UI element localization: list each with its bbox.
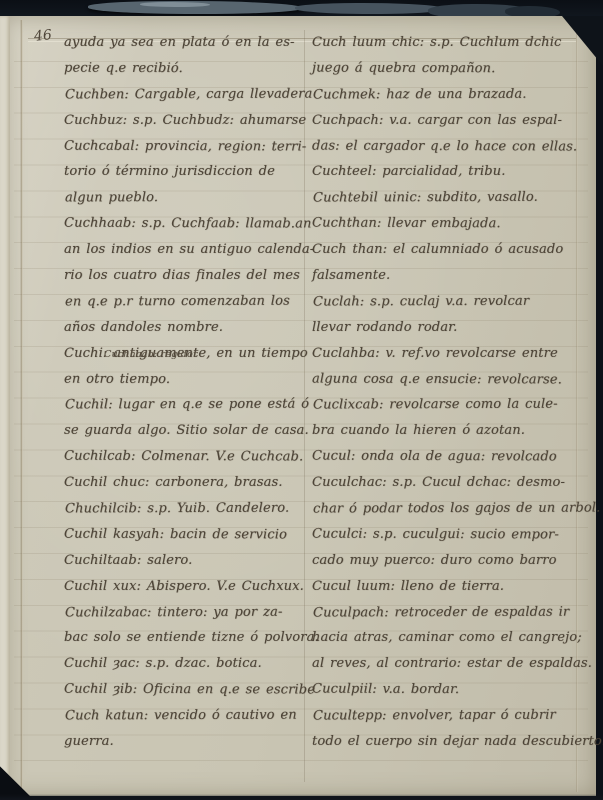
manuscript-line: Cucul: onda ola de agua: revolcado	[312, 444, 596, 471]
manuscript-line: bra cuando la hieren ó azotan.	[312, 418, 596, 444]
manuscript-line: Cuchtebil uinic: subdito, vasallo.	[313, 185, 597, 212]
manuscript-line: rio los cuatro dias finales del mes	[64, 263, 306, 289]
manuscript-line: falsamente.	[312, 263, 596, 289]
manuscript-line: Cuchteel: parcialidad, tribu.	[312, 159, 596, 185]
manuscript-line: hacia atras, caminar como el cangrejo;	[312, 625, 596, 651]
manuscript-line: al reves, al contrario: estar de espalda…	[312, 651, 596, 677]
manuscript-line: llevar rodando rodar.	[312, 315, 596, 341]
manuscript-line: Cuchcabal: provincia, region: terri-	[64, 133, 306, 160]
manuscript-line: Cuchil kasyah: bacin de servicio	[64, 521, 306, 548]
manuscript-line: Cuch luum chic: s.p. Cuchlum dchic	[312, 30, 596, 56]
manuscript-line: guerra.	[64, 729, 306, 755]
manuscript-line: juego á quebra compañon.	[312, 55, 596, 82]
left-crease	[20, 20, 23, 794]
left-column: ayuda ya sea en plata ó en la es- pecie …	[64, 30, 306, 755]
manuscript-line: Cuclixcab: revolcarse como la cule-	[313, 392, 597, 419]
manuscript-line: Cuchpach: v.a. cargar con las espal-	[312, 108, 596, 134]
manuscript-line: ayuda ya sea en plata ó en la es-	[64, 30, 306, 56]
manuscript-line: Cuchil ȝac: s.p. dzac. botica.	[64, 651, 306, 677]
manuscript-line: Cuchil chuc: carbonera, brasas.	[64, 470, 306, 496]
manuscript-line: Cuchmek: haz de una brazada.	[313, 81, 597, 108]
manuscript-line: Cuch katun: vencido ó cautivo en	[65, 703, 307, 730]
manuscript-line: Cuchilcab: Colmenar. V.e Cuchcab.	[64, 444, 306, 471]
manuscript-line: Cuculchac: s.p. Cucul dchac: desmo-	[312, 470, 596, 496]
scan-artifact	[140, 2, 210, 7]
manuscript-line: an los indios en su antiguo calenda-	[64, 237, 306, 263]
manuscript-line: algun pueblo.	[65, 185, 307, 212]
manuscript-line: Cucultepp: envolver, tapar ó cubrir	[313, 703, 597, 730]
manuscript-line: Cuchil: lugar en q.e se pone está ó	[65, 392, 307, 419]
manuscript-line: años dandoles nombre.	[64, 315, 306, 341]
manuscript-line: Cuchbuz: s.p. Cuchbudz: ahumarse	[64, 108, 306, 134]
interlinear-note: Cuchhaab: regidor	[104, 349, 198, 360]
manuscript-line: das: el cargador q.e lo hace con ellas.	[312, 133, 596, 160]
manuscript-line: Cucul luum: lleno de tierra.	[312, 574, 596, 600]
manuscript-line: en q.e p.r turno comenzaban los	[65, 288, 307, 315]
manuscript-line: Cuchthan: llevar embajada.	[312, 211, 596, 238]
manuscript-line: Cuchben: Cargable, carga llevadera	[65, 81, 307, 108]
manuscript-line: char ó podar todos los gajos de un arbol…	[313, 496, 597, 523]
manuscript-line: pecie q.e recibió.	[64, 55, 306, 82]
manuscript-line: Cuchhaab: s.p. Cuchfaab: llamab.an	[64, 211, 306, 238]
manuscript-line: todo el cuerpo sin dejar nada descubiert…	[312, 729, 596, 755]
manuscript-line: en otro tiempo.	[64, 366, 306, 393]
manuscript-line: Cuchiltaab: salero.	[64, 548, 306, 574]
manuscript-line: torio ó término jurisdiccion de	[64, 159, 306, 185]
manuscript-line: Cuclahba: v. ref.vo revolcarse entre	[312, 341, 596, 367]
manuscript-line: Chuchilcib: s.p. Yuib. Candelero.	[65, 496, 307, 523]
manuscript-line: Cuculci: s.p. cuculgui: sucio empor-	[312, 521, 596, 548]
manuscript-line: Cuculpach: retroceder de espaldas ir	[313, 599, 597, 626]
right-column: Cuch luum chic: s.p. Cuchlum dchic juego…	[312, 30, 596, 755]
scan-bottom-edge	[0, 794, 603, 800]
manuscript-line: alguna cosa q.e ensucie: revolcarse.	[312, 366, 596, 393]
manuscript-line: Cuclah: s.p. cuclaj v.a. revolcar	[313, 288, 597, 315]
manuscript-line: Cuchil ȝib: Oficina en q.e se escribe	[64, 677, 306, 704]
manuscript-line: Cuchil xux: Abispero. V.e Cuchxux.	[64, 574, 306, 600]
facing-page-edge	[0, 16, 10, 796]
manuscript-line: Cuchilzabac: tintero: ya por za-	[65, 599, 307, 626]
manuscript-line: se guarda algo. Sitio solar de casa.	[64, 418, 306, 444]
scan-artifact	[295, 3, 445, 14]
manuscript-line: cado muy puerco: duro como barro	[312, 548, 596, 574]
manuscript-line: Cuch than: el calumniado ó acusado	[312, 237, 596, 263]
manuscript-line: bac solo se entiende tizne ó polvora.	[64, 625, 306, 651]
manuscript-line: Cuculpiil: v.a. bordar.	[312, 677, 596, 704]
page-number: 46	[33, 27, 52, 45]
